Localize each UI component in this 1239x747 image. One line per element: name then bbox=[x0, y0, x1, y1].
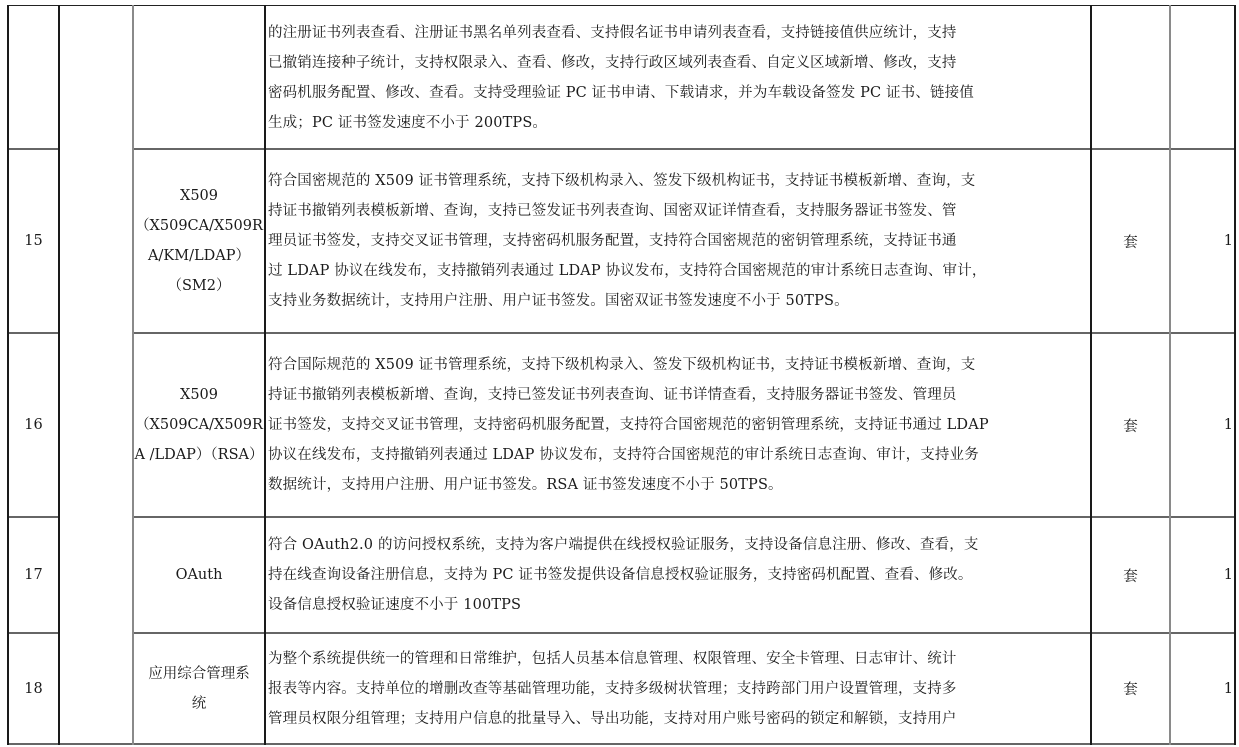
table-row-number: 16 bbox=[9, 334, 58, 516]
table-row-quantity: 1 bbox=[1171, 518, 1234, 632]
table-row-description: 的注册证书列表查看、注册证书黑名单列表查看、支持假名证书申请列表查看，支持链接值… bbox=[265, 7, 1090, 148]
table-row-description: 为整个系统提供统一的管理和日常维护，包括人员基本信息管理、权限管理、安全卡管理、… bbox=[265, 634, 1090, 743]
table-row-description: 符合国际规范的 X509 证书管理系统，支持下级机构录入、签发下级机构证书，支持… bbox=[265, 334, 1090, 516]
table-row-name: 应用综合管理系 统 bbox=[134, 634, 264, 743]
col-border bbox=[1234, 5, 1236, 745]
table-row-quantity: 1 bbox=[1171, 334, 1234, 516]
table-row-name: X509 （X509CA/X509R A/KM/LDAP） （SM2） bbox=[134, 150, 264, 332]
table-row-description: 符合 OAuth2.0 的访问授权系统，支持为客户端提供在线授权验证服务，支持设… bbox=[265, 518, 1090, 632]
table-row-number: 15 bbox=[9, 150, 58, 332]
table-top-border bbox=[7, 5, 1235, 6]
col-border bbox=[58, 5, 60, 745]
table-row-number: 17 bbox=[9, 518, 58, 632]
table-row-unit: 套 bbox=[1092, 334, 1169, 516]
table-row-unit: 套 bbox=[1092, 518, 1169, 632]
table-row-unit: 套 bbox=[1092, 150, 1169, 332]
table-row-unit: 套 bbox=[1092, 634, 1169, 743]
table-row-description: 符合国密规范的 X509 证书管理系统，支持下级机构录入、签发下级机构证书，支持… bbox=[265, 150, 1090, 332]
table-bottom-border bbox=[7, 743, 1235, 745]
table-row-number: 18 bbox=[9, 634, 58, 743]
table-row-quantity: 1 bbox=[1171, 150, 1234, 332]
table-row-name: X509 （X509CA/X509R A /LDAP）（RSA） bbox=[134, 334, 264, 516]
table-row-name: OAuth bbox=[134, 518, 264, 632]
table-row-quantity: 1 bbox=[1171, 634, 1234, 743]
spec-table: 的注册证书列表查看、注册证书黑名单列表查看、支持假名证书申请列表查看，支持链接值… bbox=[7, 5, 1235, 745]
